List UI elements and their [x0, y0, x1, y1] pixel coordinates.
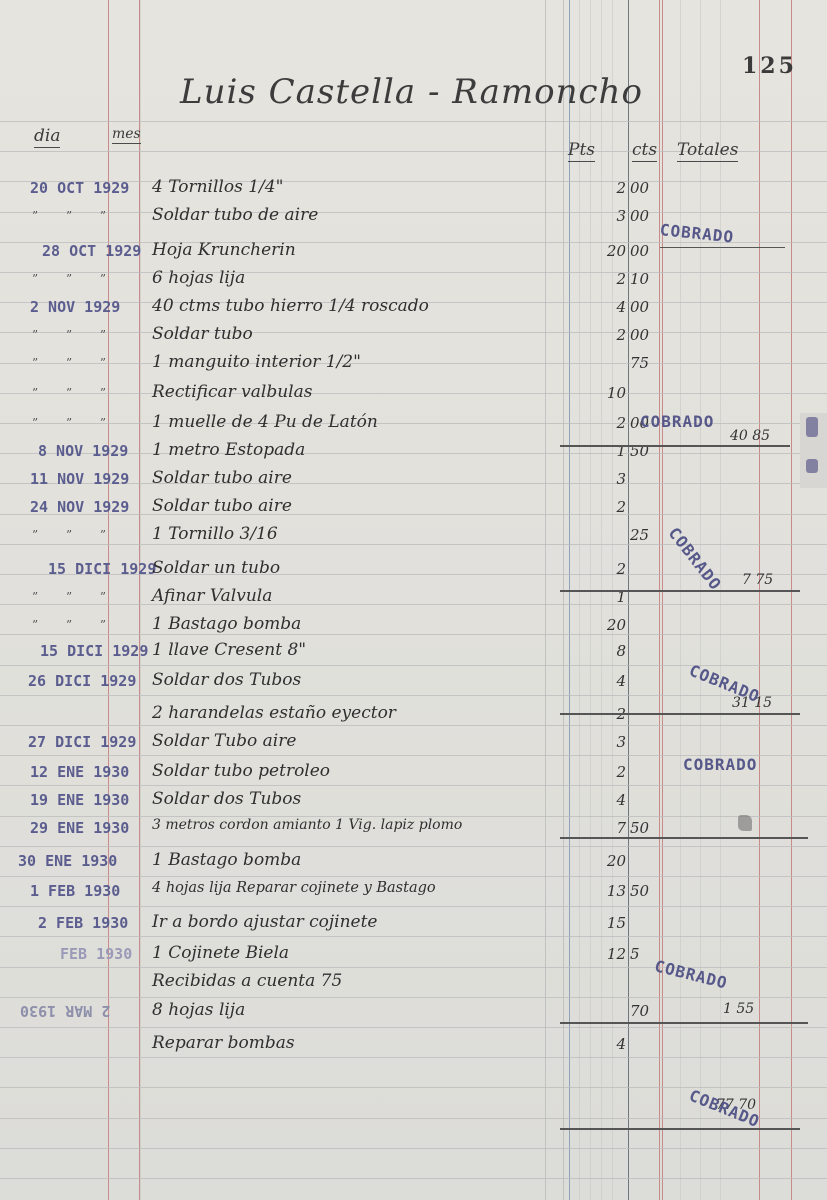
amount-pesetas: 2: [596, 179, 626, 197]
amount-pesetas: 8: [596, 642, 626, 660]
account-title: Luis Castella - Ramoncho: [180, 72, 643, 112]
date-stamp: 8 NOV 1929: [38, 442, 128, 460]
amount-pesetas: 2: [596, 560, 626, 578]
ledger-row: ” ” ”Soldar tubo200: [0, 324, 827, 354]
entry-description: Rectificar valbulas: [152, 382, 312, 402]
entry-description: Soldar tubo de aire: [152, 205, 318, 225]
torn-corner-patch: [800, 413, 827, 488]
amount-pesetas: 4: [596, 1035, 626, 1053]
amount-pesetas: 2: [596, 763, 626, 781]
amount-centimos: 25: [630, 526, 649, 544]
amount-pesetas: 2: [596, 498, 626, 516]
entry-description: Hoja Kruncherin: [152, 240, 296, 260]
sum-line: [560, 1022, 808, 1024]
header-centimos: cts: [632, 140, 657, 162]
entry-description: Soldar tubo petroleo: [152, 761, 330, 781]
amount-pesetas: 7: [596, 819, 626, 837]
entry-description: 1 Bastago bomba: [152, 850, 301, 870]
amount-pesetas: 3: [596, 470, 626, 488]
running-total: 1 55: [723, 1001, 754, 1017]
amount-centimos: 00: [630, 242, 649, 260]
header-totales: Totales: [677, 140, 738, 162]
sum-line: [560, 1128, 800, 1130]
entry-description: 1 Cojinete Biela: [152, 943, 289, 963]
entry-description: Soldar tubo aire: [152, 496, 292, 516]
ditto-mark: ” ” ”: [32, 416, 118, 430]
entry-description: Recibidas a cuenta 75: [152, 971, 342, 991]
ledger-row: ” ” ”1 Tornillo 3/1625: [0, 524, 827, 554]
ledger-row: 2 FEB 1930Ir a bordo ajustar cojinete15: [0, 912, 827, 942]
amount-pesetas: 20: [596, 242, 626, 260]
ledger-row: 24 NOV 1929Soldar tubo aire2: [0, 496, 827, 526]
amount-centimos: 5: [630, 945, 640, 963]
entry-description: 1 manguito interior 1/2": [152, 352, 361, 372]
cobrado-stamp: COBRADO: [683, 755, 757, 774]
ditto-mark: ” ” ”: [32, 272, 118, 286]
date-stamp: 30 ENE 1930: [18, 852, 117, 870]
date-stamp: 20 OCT 1929: [30, 179, 129, 197]
ledger-row: 11 NOV 1929Soldar tubo aire3: [0, 468, 827, 498]
running-total: 7 75: [742, 572, 773, 588]
ditto-mark: ” ” ”: [32, 356, 118, 370]
sum-line: [560, 590, 800, 592]
amount-pesetas: 10: [596, 384, 626, 402]
entry-description: Soldar tubo: [152, 324, 253, 344]
amount-centimos: 00: [630, 207, 649, 225]
amount-pesetas: 3: [596, 733, 626, 751]
amount-pesetas: 4: [596, 672, 626, 690]
entry-description: 4 hojas lija Reparar cojinete y Bastago: [152, 880, 436, 896]
entry-description: 8 hojas lija: [152, 1000, 245, 1020]
date-stamp: FEB 1930: [60, 945, 132, 963]
ledger-row: 1 FEB 19304 hojas lija Reparar cojinete …: [0, 880, 827, 910]
entry-description: 2 harandelas estaño eyector: [152, 703, 396, 723]
ledger-row: 19 ENE 1930Soldar dos Tubos4: [0, 789, 827, 819]
date-stamp: 2 MAR 1930: [20, 1002, 110, 1020]
cobrado-stamp: COBRADO: [686, 1086, 762, 1132]
date-stamp: 24 NOV 1929: [30, 498, 129, 516]
amount-pesetas: 2: [596, 270, 626, 288]
ditto-mark: ” ” ”: [32, 209, 118, 223]
ledger-row: 2 MAR 19308 hojas lija70: [0, 1000, 827, 1030]
header-pesetas: Pts: [568, 140, 595, 162]
amount-centimos: 00: [630, 326, 649, 344]
entry-description: 1 metro Estopada: [152, 440, 305, 460]
date-stamp: 11 NOV 1929: [30, 470, 129, 488]
amount-centimos: 50: [630, 819, 649, 837]
date-stamp: 19 ENE 1930: [30, 791, 129, 809]
entry-description: 1 llave Cresent 8": [152, 640, 306, 660]
amount-pesetas: 13: [596, 882, 626, 900]
ditto-mark: ” ” ”: [32, 528, 118, 542]
page-number: 125: [742, 53, 797, 79]
ditto-mark: ” ” ”: [32, 618, 118, 632]
date-stamp: 2 NOV 1929: [30, 298, 120, 316]
ledger-page: 125 Luis Castella - Ramoncho dia mes Pts…: [0, 0, 827, 1200]
amount-centimos: 70: [630, 1002, 649, 1020]
entry-description: 1 Bastago bomba: [152, 614, 301, 634]
ditto-mark: ” ” ”: [32, 386, 118, 400]
amount-pesetas: 3: [596, 207, 626, 225]
horizontal-rule: [0, 1087, 827, 1088]
amount-centimos: 00: [630, 298, 649, 316]
date-stamp: 26 DICI 1929: [28, 672, 136, 690]
entry-description: Soldar un tubo: [152, 558, 280, 578]
entry-description: 4 Tornillos 1/4": [152, 177, 283, 197]
date-stamp: 2 FEB 1930: [38, 914, 128, 932]
amount-pesetas: 4: [596, 791, 626, 809]
horizontal-rule: [0, 121, 827, 122]
ledger-row: 29 ENE 19303 metros cordon amianto 1 Vig…: [0, 817, 827, 847]
entry-description: Soldar dos Tubos: [152, 670, 301, 690]
amount-pesetas: 2: [596, 414, 626, 432]
amount-pesetas: 4: [596, 298, 626, 316]
horizontal-rule: [0, 1148, 827, 1149]
entry-description: Soldar dos Tubos: [152, 789, 301, 809]
entry-description: Reparar bombas: [152, 1033, 295, 1053]
amount-pesetas: 2: [596, 326, 626, 344]
date-stamp: 28 OCT 1929: [42, 242, 141, 260]
sum-line: [560, 713, 800, 715]
entry-description: Soldar Tubo aire: [152, 731, 296, 751]
ledger-row: ” ” ”1 manguito interior 1/2"75: [0, 352, 827, 382]
date-stamp: 15 DICI 1929: [48, 560, 156, 578]
ledger-row: 20 OCT 19294 Tornillos 1/4"200: [0, 177, 827, 207]
date-stamp: 27 DICI 1929: [28, 733, 136, 751]
entry-description: Afinar Valvula: [152, 586, 272, 606]
ledger-row: 28 OCT 1929Hoja Kruncherin2000: [0, 240, 827, 270]
amount-pesetas: 20: [596, 852, 626, 870]
sum-line: [660, 247, 785, 248]
header-dia: dia: [34, 126, 60, 148]
entry-description: Soldar tubo aire: [152, 468, 292, 488]
entry-description: 1 muelle de 4 Pu de Latón: [152, 412, 378, 432]
running-total: 40 85: [730, 428, 770, 444]
ditto-mark: ” ” ”: [32, 590, 118, 604]
amount-pesetas: 15: [596, 914, 626, 932]
date-stamp: 12 ENE 1930: [30, 763, 129, 781]
amount-centimos: 75: [630, 354, 649, 372]
ledger-row: 30 ENE 19301 Bastago bomba20: [0, 850, 827, 880]
horizontal-rule: [0, 1178, 827, 1179]
amount-pesetas: 12: [596, 945, 626, 963]
sum-line: [560, 837, 808, 839]
cobrado-stamp: COBRADO: [640, 412, 714, 431]
ledger-row: 2 harandelas estaño eyector2: [0, 703, 827, 733]
date-stamp: 29 ENE 1930: [30, 819, 129, 837]
ledger-row: ” ” ”6 hojas lija210: [0, 268, 827, 298]
ledger-row: ” ” ”Rectificar valbulas10: [0, 382, 827, 412]
amount-centimos: 10: [630, 270, 649, 288]
entry-description: 6 hojas lija: [152, 268, 245, 288]
date-stamp: 1 FEB 1930: [30, 882, 120, 900]
ledger-row: 2 NOV 192940 ctms tubo hierro 1/4 roscad…: [0, 296, 827, 326]
ledger-row: Reparar bombas4: [0, 1033, 827, 1063]
entry-description: 1 Tornillo 3/16: [152, 524, 278, 544]
amount-centimos: 00: [630, 179, 649, 197]
amount-centimos: 50: [630, 882, 649, 900]
entry-description: Ir a bordo ajustar cojinete: [152, 912, 378, 932]
ink-blot: [738, 815, 752, 831]
ditto-mark: ” ” ”: [32, 328, 118, 342]
date-stamp: 15 DICI 1929: [40, 642, 148, 660]
horizontal-rule: [0, 1118, 827, 1119]
amount-pesetas: 20: [596, 616, 626, 634]
sum-line: [560, 445, 790, 447]
entry-description: 40 ctms tubo hierro 1/4 roscado: [152, 296, 429, 316]
entry-description: 3 metros cordon amianto 1 Vig. lapiz plo…: [152, 817, 462, 833]
header-mes: mes: [112, 126, 141, 144]
